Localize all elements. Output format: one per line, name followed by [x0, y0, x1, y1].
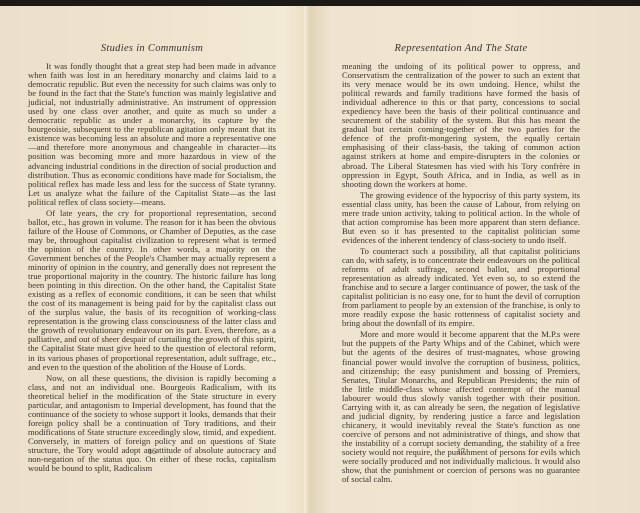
paragraph: To counteract such a possibility, all th…	[342, 247, 580, 328]
paragraph: Of late years, the cry for proportional …	[28, 209, 276, 372]
paragraph: It was fondly thought that a great step …	[28, 62, 276, 207]
left-page: Studies in Communism It was fondly thoug…	[0, 6, 310, 513]
running-head-left: Studies in Communism	[28, 43, 276, 54]
left-page-body: It was fondly thought that a great step …	[28, 62, 276, 473]
right-page-body: meaning the undoing of its political pow…	[342, 62, 580, 484]
running-head-right: Representation And The State	[342, 43, 580, 54]
page-number-right: 17	[342, 447, 580, 456]
book-spread: Studies in Communism It was fondly thoug…	[0, 6, 640, 513]
right-page: Representation And The State meaning the…	[310, 6, 640, 513]
paragraph: The growing evidence of the hypocrisy of…	[342, 191, 580, 245]
paragraph: Now, on all these questions, the divisio…	[28, 374, 276, 474]
paragraph: meaning the undoing of its political pow…	[342, 62, 580, 189]
page-number-left: 16	[28, 447, 276, 456]
paragraph: More and more would it become apparent t…	[342, 330, 580, 484]
